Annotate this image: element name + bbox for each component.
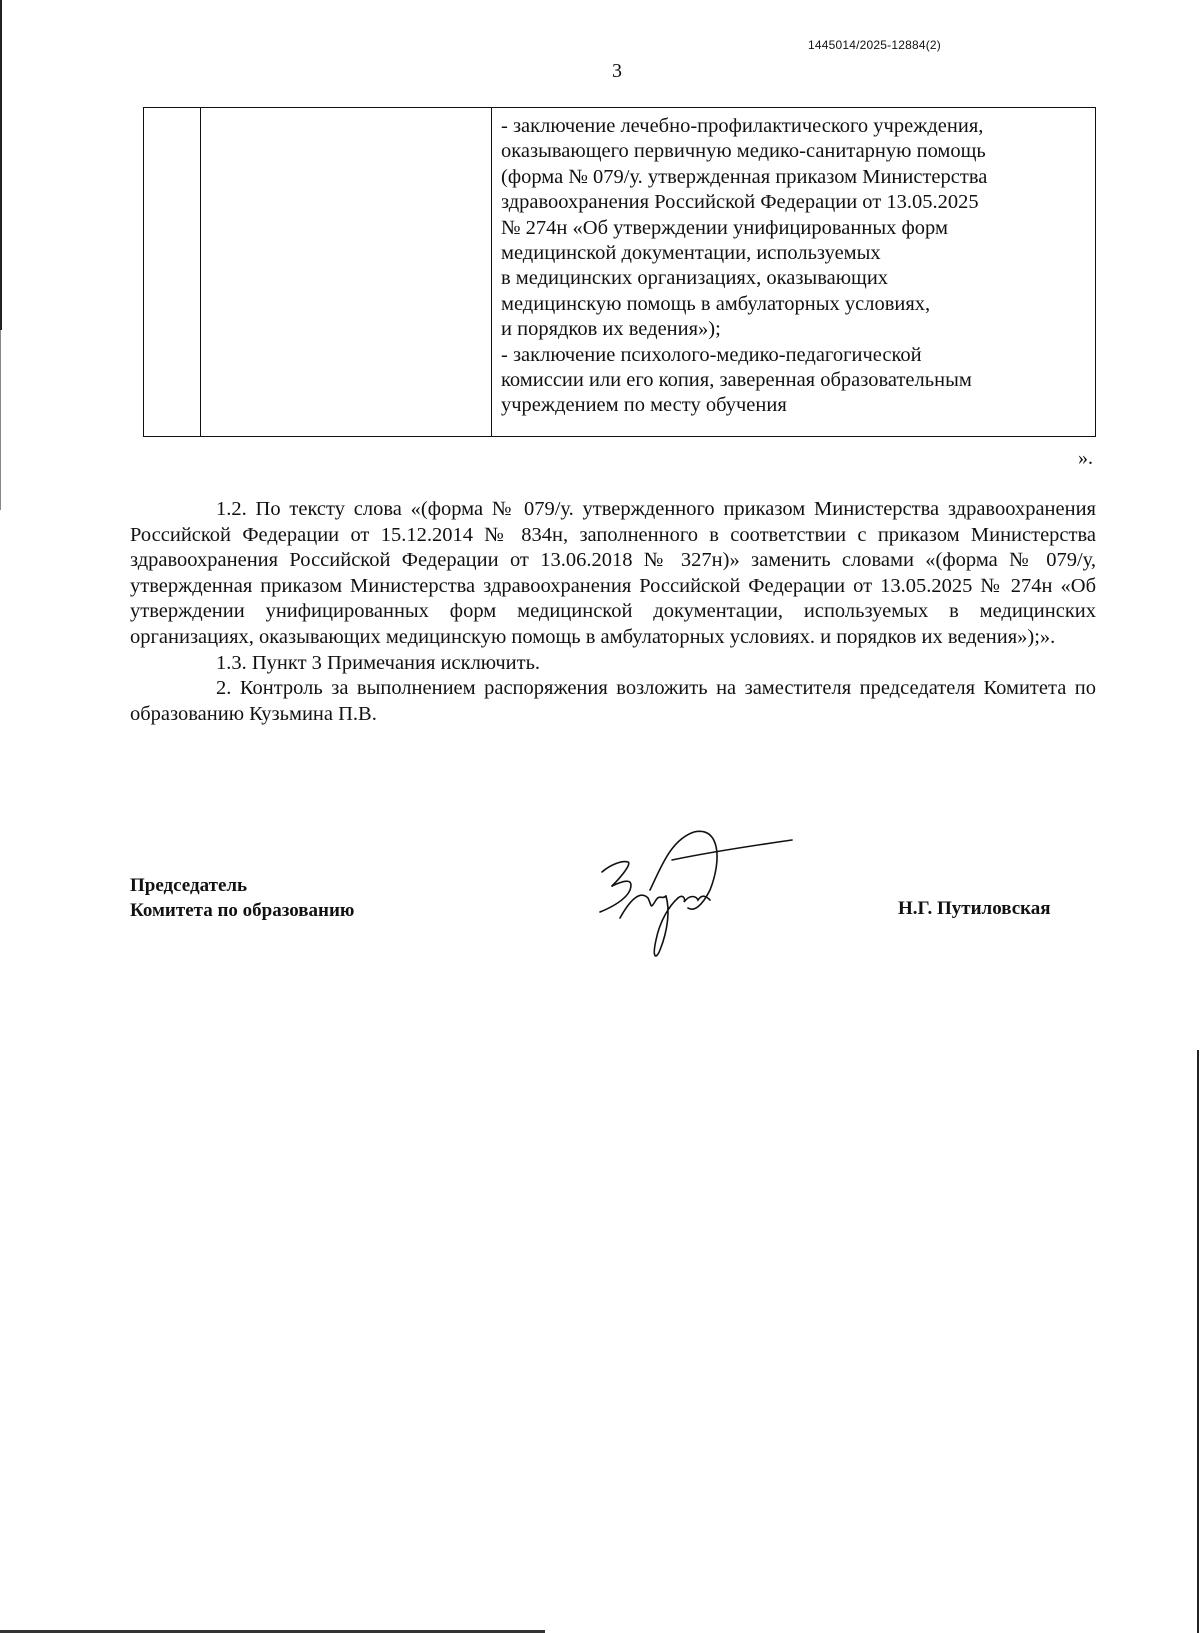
table-fragment: - заключение лечебно-профилактического у… <box>143 107 1096 437</box>
cell-text-line: в медицинских организациях, оказывающих <box>501 266 1087 291</box>
paragraph-2: 2. Контроль за выполнением распоряжения … <box>130 676 1096 727</box>
document-body: 1.2. По тексту слова «(форма № 079/у. ут… <box>130 497 1096 727</box>
signer-title-line1: Председатель <box>130 873 354 898</box>
table-row: - заключение лечебно-профилактического у… <box>144 108 1096 437</box>
cell-text-line: комиссии или его копия, заверенная образ… <box>501 368 1087 393</box>
scan-edge-left-faint <box>0 330 1 510</box>
scan-edge-right <box>1197 1050 1199 1633</box>
table-cell-name <box>201 108 492 437</box>
signer-title: Председатель Комитета по образованию <box>130 873 354 923</box>
cell-text-line: учреждением по месту обучения <box>501 393 1087 418</box>
closing-quote: ». <box>1078 447 1093 470</box>
signer-title-line2: Комитета по образованию <box>130 898 354 923</box>
table-cell-number <box>144 108 201 437</box>
table-cell-documents: - заключение лечебно-профилактического у… <box>492 108 1096 437</box>
cell-text-line: и порядков их ведения»); <box>501 317 1087 342</box>
paragraph-1-3: 1.3. Пункт 3 Примечания исключить. <box>130 651 1096 677</box>
paragraph-1-2: 1.2. По тексту слова «(форма № 079/у. ут… <box>130 497 1096 651</box>
cell-text-line: медицинскую помощь в амбулаторных услови… <box>501 292 1087 317</box>
cell-text-line: медицинской документации, используемых <box>501 241 1087 266</box>
document-number: 1445014/2025-12884(2) <box>808 38 941 52</box>
cell-text-line: - заключение психолого-медико-педагогиче… <box>501 343 1087 368</box>
cell-text-line: - заключение лечебно-профилактического у… <box>501 114 1087 139</box>
scan-edge-left <box>0 0 2 330</box>
signer-name: Н.Г. Путиловская <box>898 898 1051 920</box>
cell-text-line: здравоохранения Российской Федерации от … <box>501 190 1087 215</box>
handwritten-signature-icon <box>590 820 810 970</box>
cell-text-line: (форма № 079/у. утвержденная приказом Ми… <box>501 165 1087 190</box>
cell-text-line: оказывающего первичную медико-санитарную… <box>501 139 1087 164</box>
cell-text-line: № 274н «Об утверждении унифицированных ф… <box>501 216 1087 241</box>
page-number: 3 <box>612 60 622 83</box>
